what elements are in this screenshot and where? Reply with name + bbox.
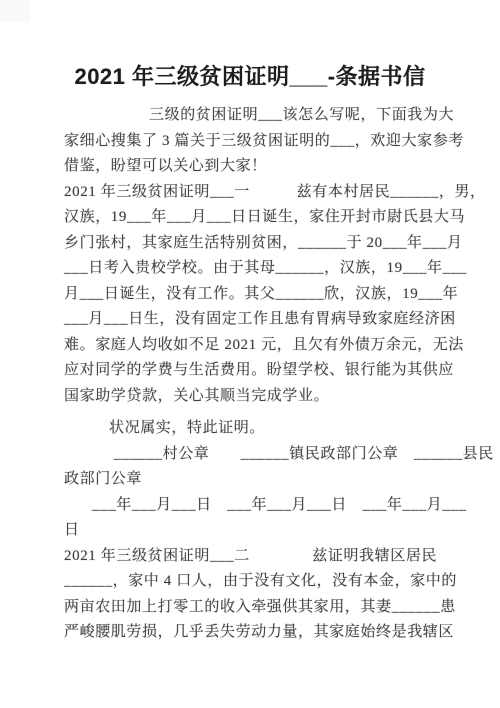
scan-corner-artifact <box>0 0 30 22</box>
intro-line: 家细心搜集了 3 篇关于三级贫困证明的___，欢迎大家参考 <box>64 129 444 155</box>
seal-line: 政部门公章 <box>64 467 444 493</box>
certificate-1-line: ___日考入贵校学校。由于其母______，汉族，19___年___ <box>64 256 444 282</box>
certificate-2-line: ______，家中 4 口人，由于没有文化，没有本金，家中的 <box>64 569 444 595</box>
certificate-2-line: 两亩农田加上打零工的收入牵强供其家用，其妻______患 <box>64 595 444 621</box>
attestation-line: 状况属实，特此证明。 <box>64 416 444 442</box>
date-line: 日 <box>64 518 444 544</box>
document-body: 三级的贫困证明___该怎么写呢，下面我为大 家细心搜集了 3 篇关于三级贫困证明… <box>64 103 444 646</box>
certificate-1-line: 乡门张村，其家庭生活特别贫困，______于 20___年___月 <box>64 231 444 257</box>
document-page: 2021 年三级贫困证明___-条据书信 三级的贫困证明___该怎么写呢，下面我… <box>0 0 500 708</box>
certificate-1-line: 难。家庭人均收如不足 2021 元，且欠有外债万余元，无法 <box>64 333 444 359</box>
seal-line: ______村公章 ______镇民政部门公章 ______县民 <box>64 442 444 468</box>
certificate-1-line: 国家助学贷款，关心其顺当完成学业。 <box>64 384 444 410</box>
certificate-2-line: 严峻腰肌劳损，几乎丢失劳动力量，其家庭始终是我辖区 <box>64 620 444 646</box>
certificate-1-line: 汉族，19___年___月___日日诞生，家住开封市尉氏县大马 <box>64 205 444 231</box>
document-title: 2021 年三级贫困证明___-条据书信 <box>0 60 500 91</box>
certificate-1-line: ___月___日生，没有固定工作且患有胃病导致家庭经济困 <box>64 307 444 333</box>
certificate-2-heading-line: 2021 年三级贫困证明___二 兹证明我辖区居民 <box>64 544 444 570</box>
certificate-1-heading-line: 2021 年三级贫困证明___一 兹有本村居民______，男， <box>64 180 444 206</box>
date-line: ___年___月___日 ___年___月___日 ___年___月___ <box>64 493 444 519</box>
certificate-1-line: 应对同学的学费与生活费用。盼望学校、银行能为其供应 <box>64 358 444 384</box>
certificate-1-line: 月___日诞生，没有工作。其父______欣，汉族，19___年 <box>64 282 444 308</box>
intro-line: 借鉴，盼望可以关心到大家！ <box>64 154 444 180</box>
intro-line: 三级的贫困证明___该怎么写呢，下面我为大 <box>64 103 444 129</box>
